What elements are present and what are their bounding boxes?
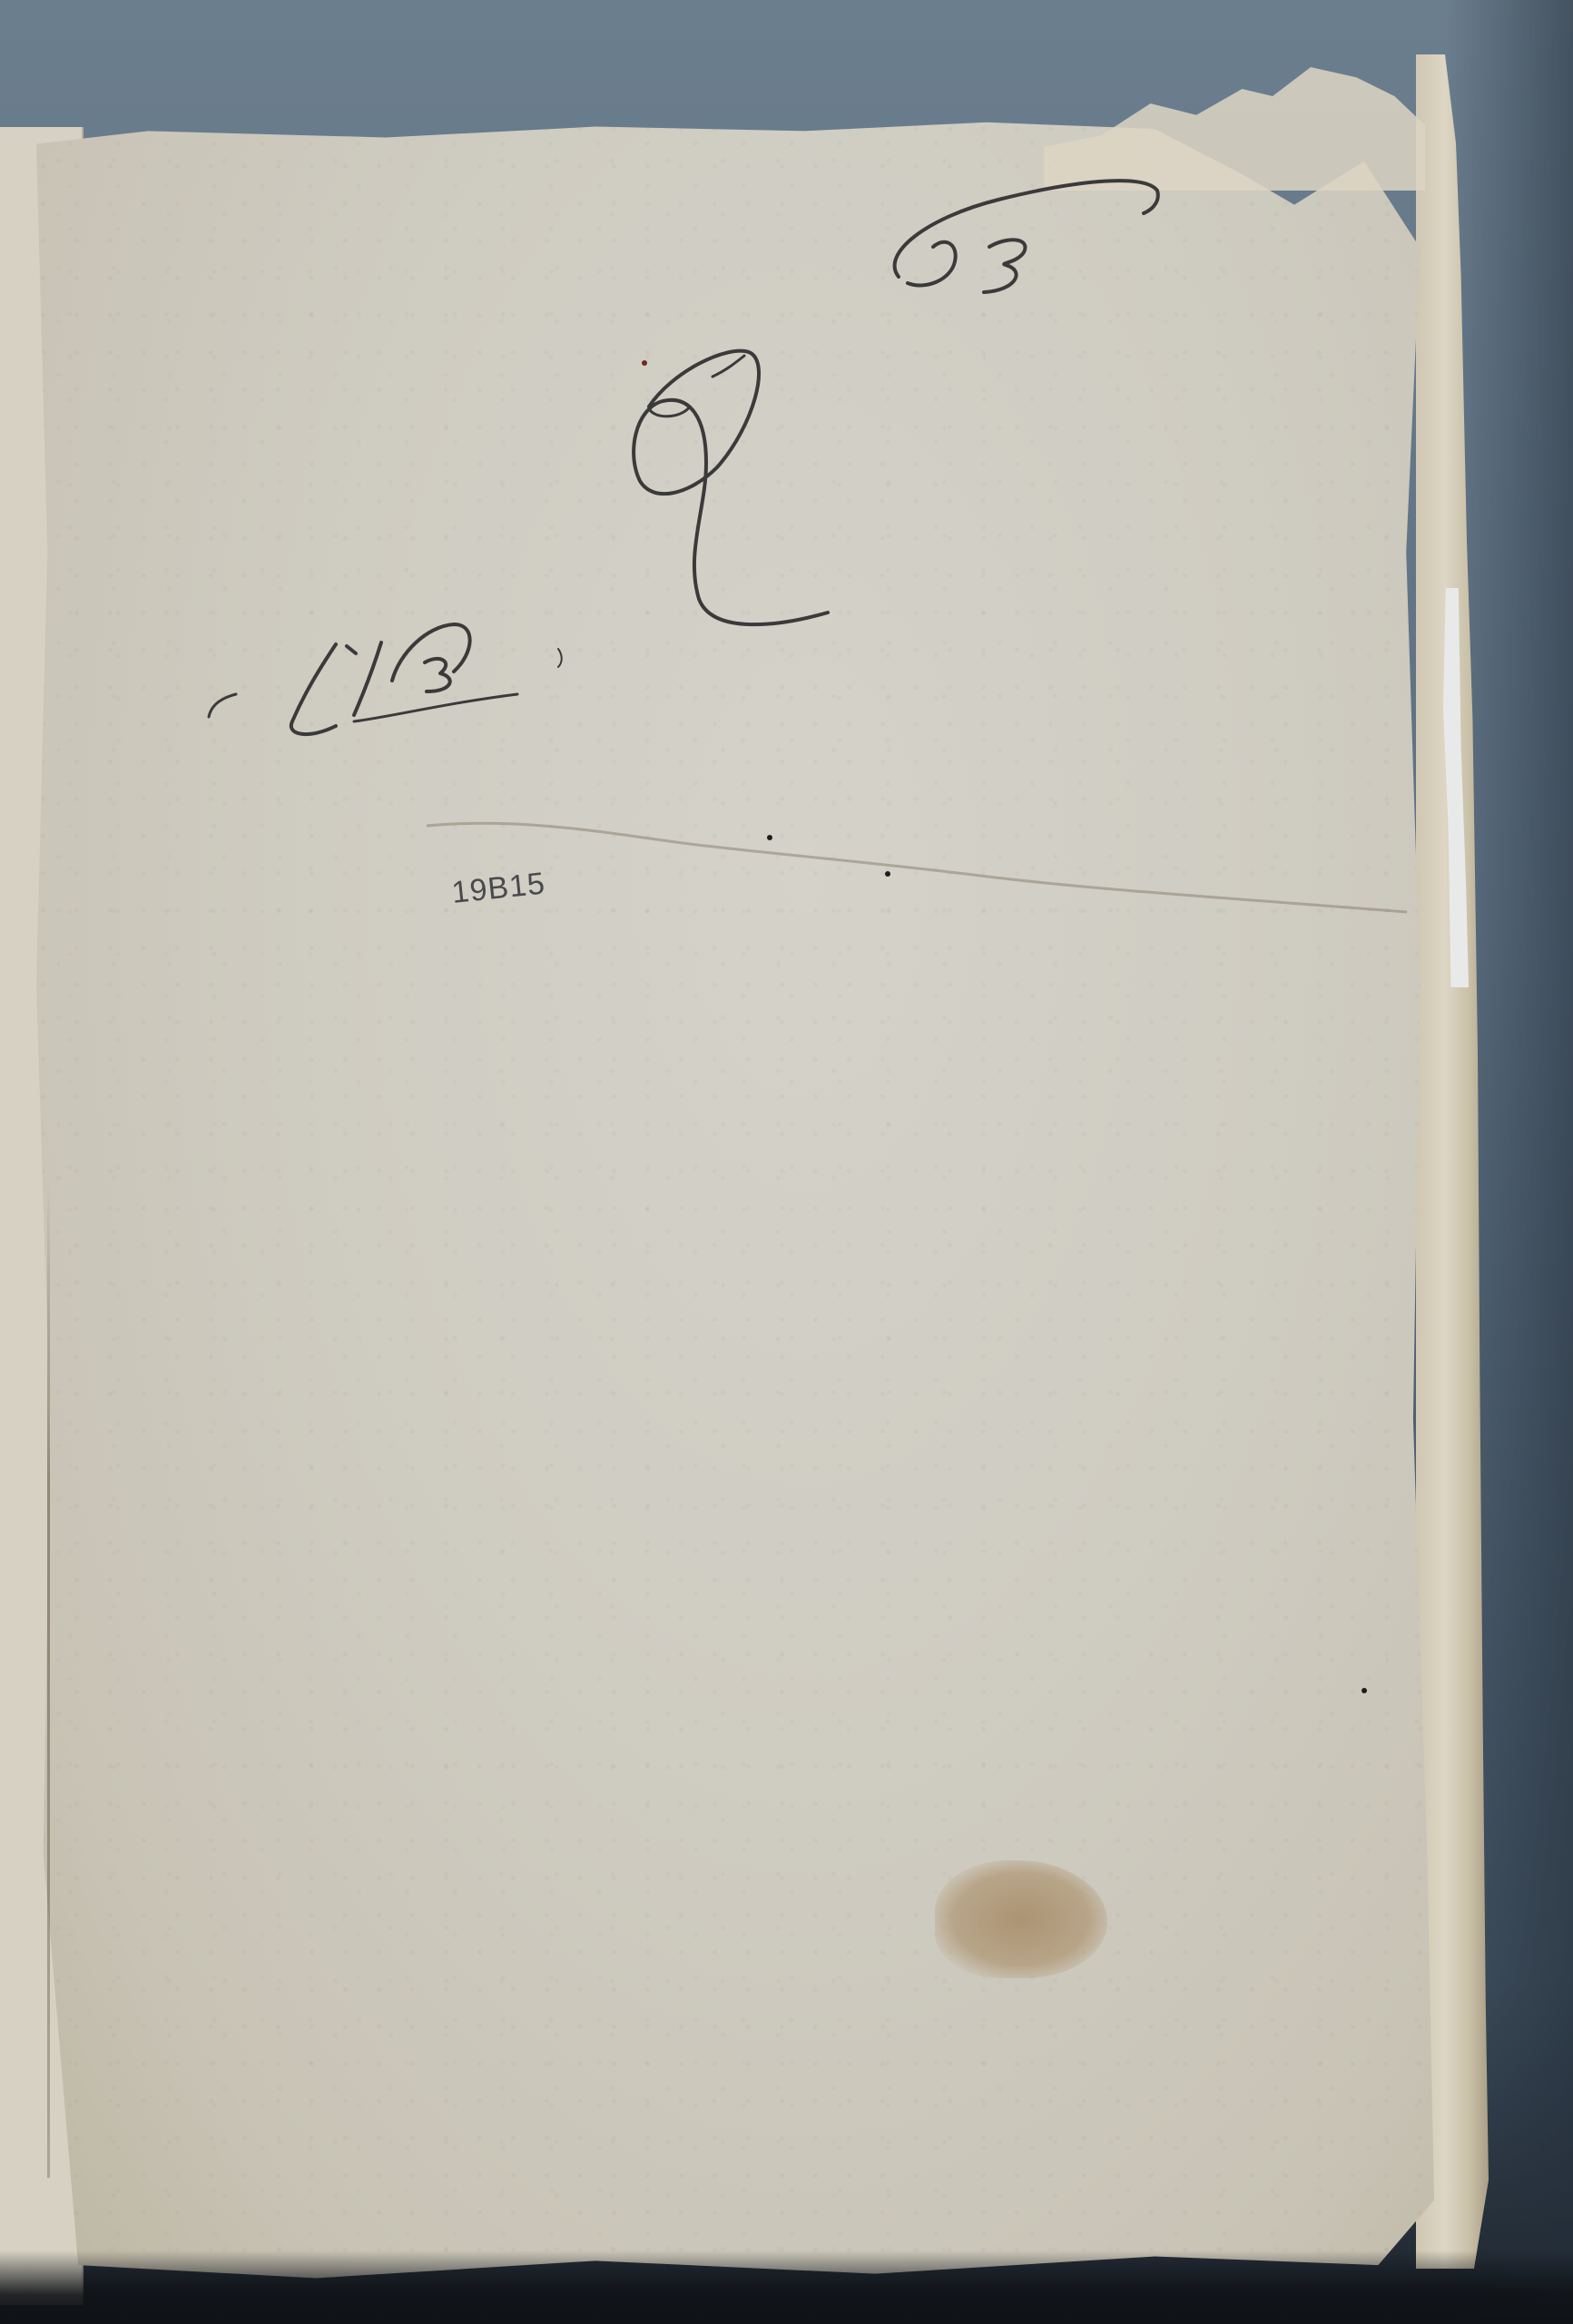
folio-number-ink: [871, 163, 1162, 299]
folio-number-annotation: 63: [871, 163, 1162, 299]
gutter-fold: [47, 1180, 50, 2178]
ink-speck: [1362, 1688, 1367, 1693]
year-ink: [191, 608, 572, 744]
flourish-ink: [599, 336, 835, 644]
ink-speck: [885, 871, 890, 877]
flourish-annotation: q: [599, 336, 835, 644]
year-annotation: 1753: [191, 608, 572, 744]
ink-speck: [767, 835, 772, 840]
paper-crease: [418, 799, 1416, 944]
bottom-shadow: [0, 2250, 1573, 2324]
brown-stain: [935, 1860, 1107, 1978]
